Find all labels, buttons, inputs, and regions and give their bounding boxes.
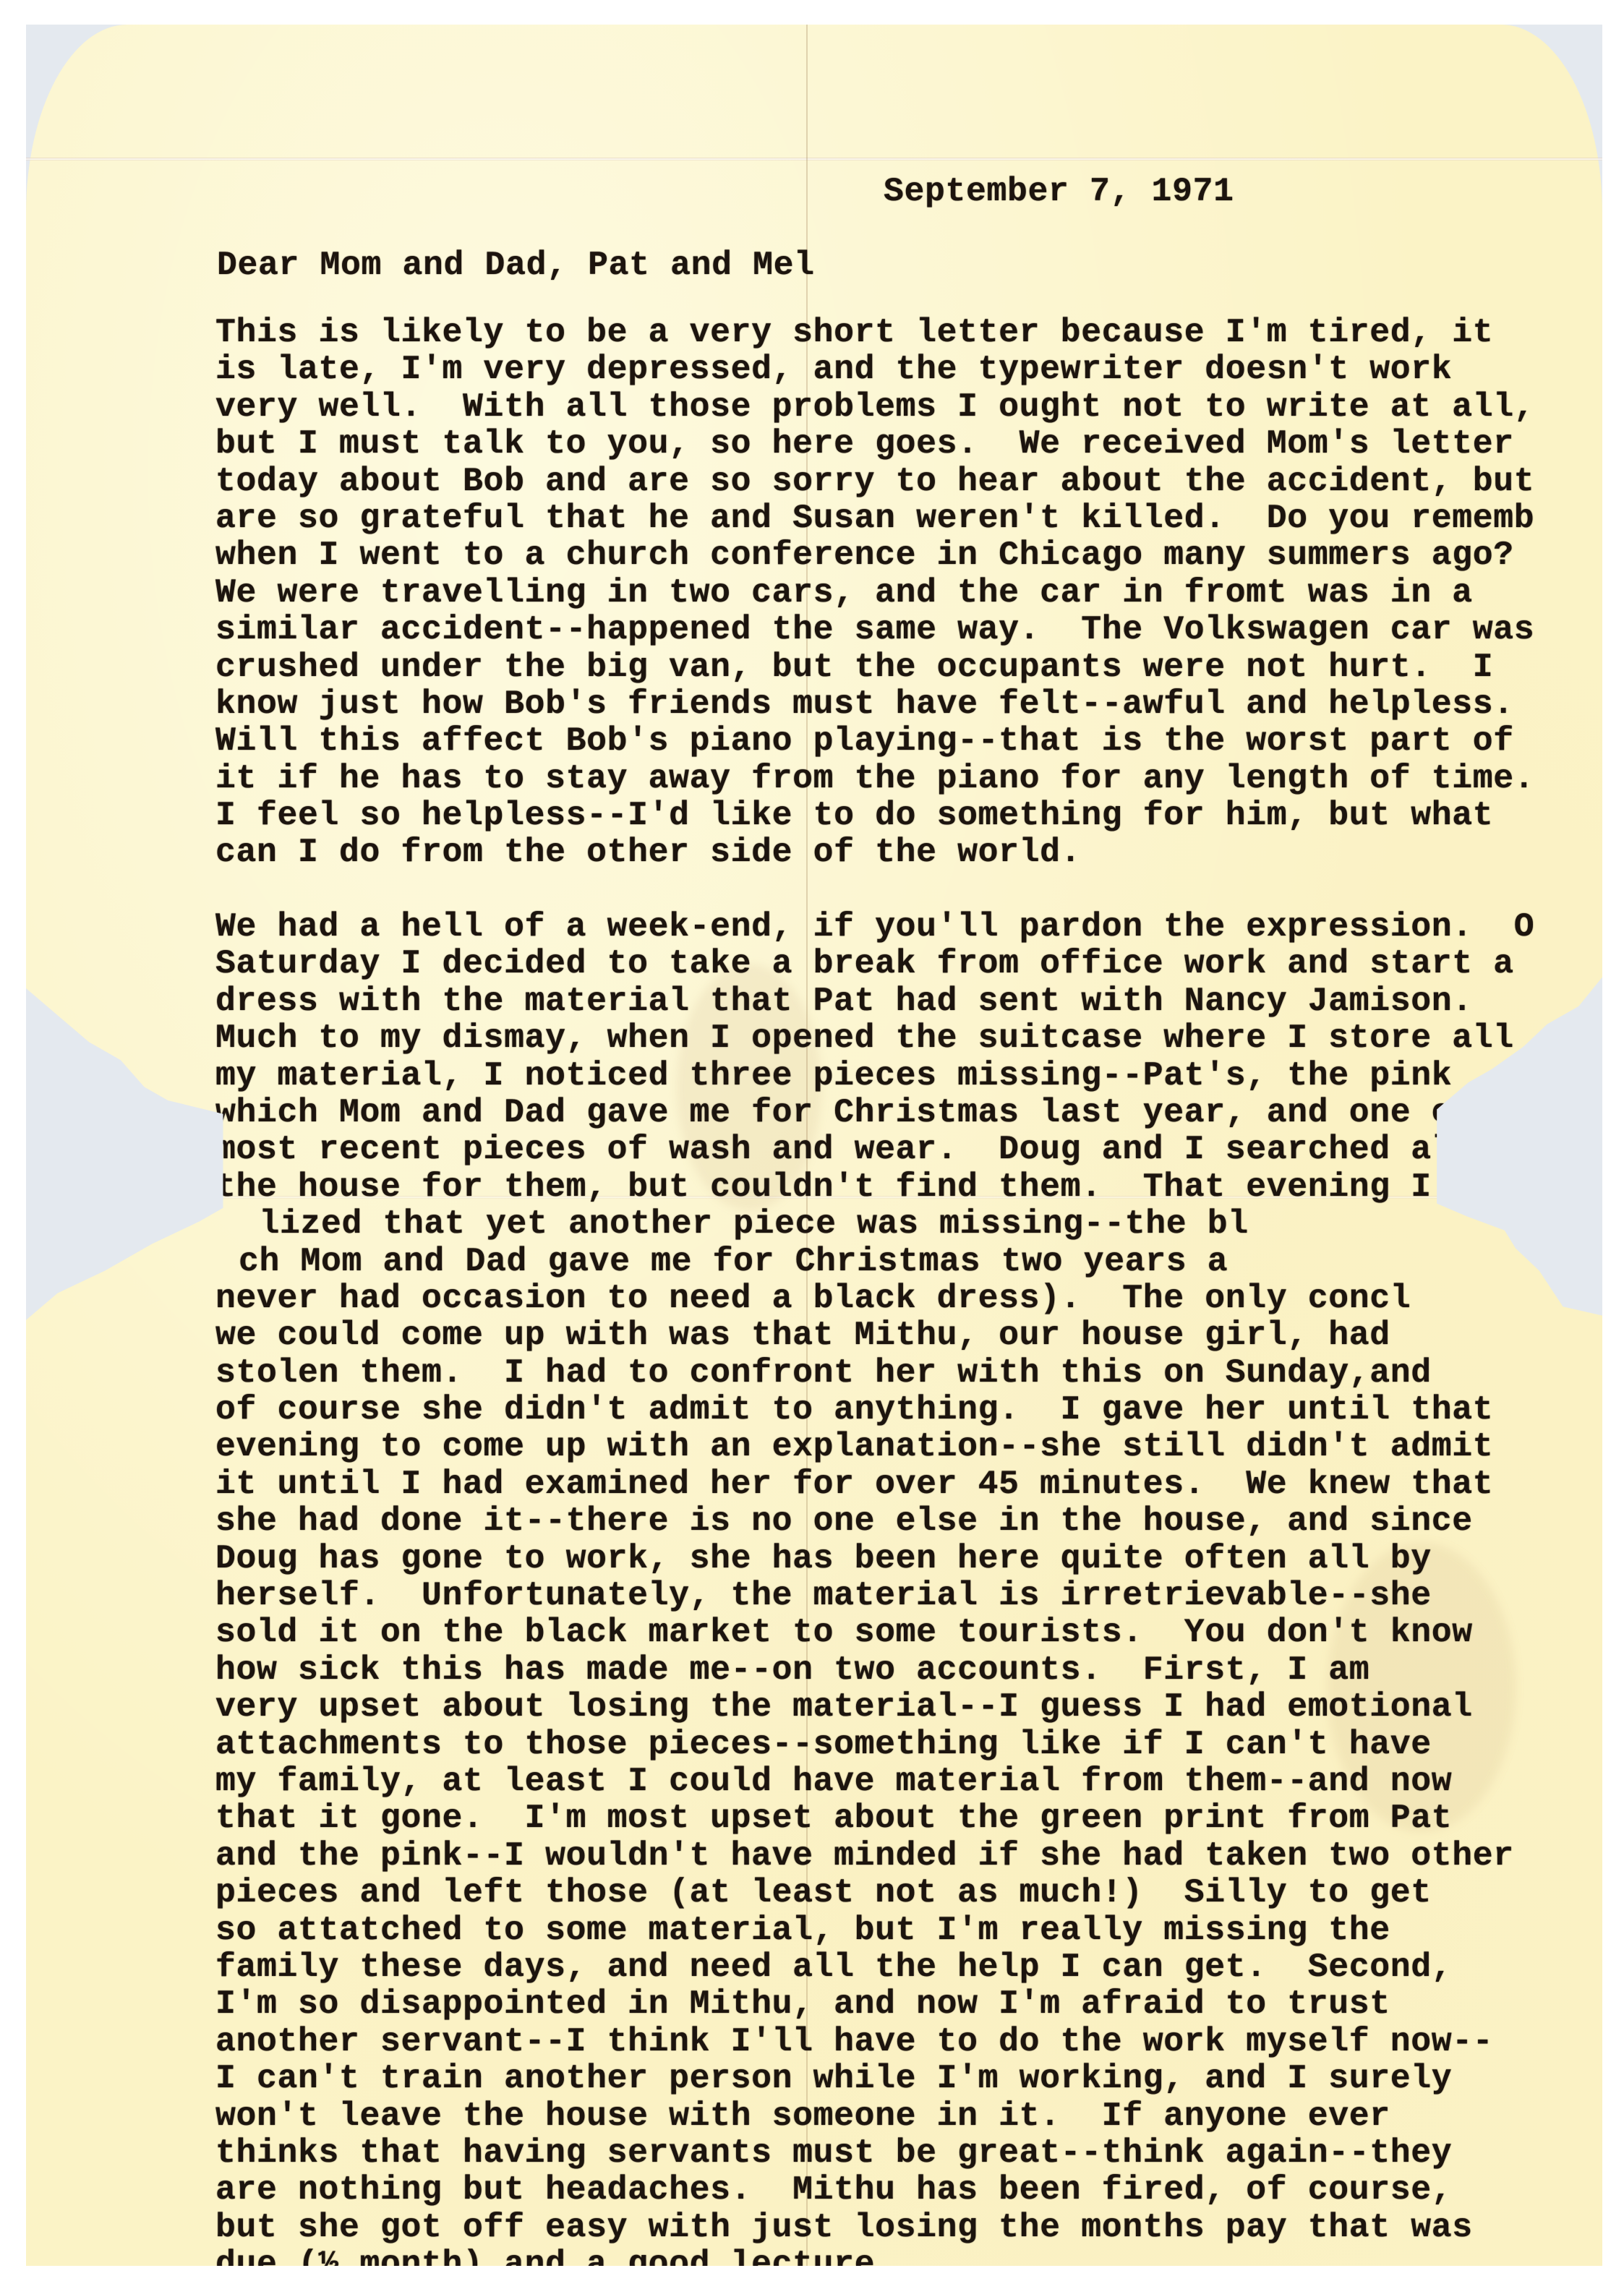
text-line: family these days, and need all the help… [215,1948,1534,1985]
text-line: is late, I'm very depressed, and the typ… [215,351,1534,388]
text-line: herself. Unfortunately, the material is … [215,1577,1534,1614]
text-line: sold it on the black market to some tour… [215,1614,1534,1651]
text-line: never had occasion to need a black dress… [215,1280,1534,1317]
text-line: due (½ month) and a good lecture. [215,2246,1534,2282]
text-line: my family, at least I could have materia… [215,1763,1534,1800]
text-line: crushed under the big van, but the occup… [215,649,1534,685]
text-line: lized that yet another piece was missing… [215,1205,1534,1242]
text-line: when I went to a church conference in Ch… [215,536,1534,573]
text-line: This is likely to be a very short letter… [215,314,1534,351]
text-line: We had a hell of a week-end, if you'll p… [215,908,1534,945]
text-line: attachments to those pieces--something l… [215,1726,1534,1763]
letter-page: September 7, 1971 Dear Mom and Dad, Pat … [26,25,1602,2266]
text-line: won't leave the house with someone in it… [215,2097,1534,2134]
text-line: she had done it--there is no one else in… [215,1502,1534,1539]
text-line: know just how Bob's friends must have fe… [215,685,1534,722]
text-line: but I must talk to you, so here goes. We… [215,425,1534,462]
text-line: I'm so disappointed in Mithu, and now I'… [215,1985,1534,2022]
text-line: my material, I noticed three pieces miss… [215,1057,1534,1094]
text-line: which Mom and Dad gave me for Christmas … [215,1094,1534,1131]
text-line: can I do from the other side of the worl… [215,834,1534,870]
text-line: I feel so helpless--I'd like to do somet… [215,797,1534,834]
text-line: very well. With all those problems I oug… [215,388,1534,425]
text-line: of course she didn't admit to anything. … [215,1391,1534,1428]
text-line: another servant--I think I'll have to do… [215,2023,1534,2060]
text-line: we could come up with was that Mithu, ou… [215,1317,1534,1353]
text-line: it if he has to stay away from the piano… [215,760,1534,797]
text-line: Will this affect Bob's piano playing--th… [215,722,1534,759]
text-line: are so grateful that he and Susan weren'… [215,500,1534,536]
letter-salutation: Dear Mom and Dad, Pat and Mel [217,246,815,284]
text-line: stolen them. I had to confront her with … [215,1354,1534,1391]
text-line: most recent pieces of wash and wear. Dou… [215,1131,1534,1168]
letter-date: September 7, 1971 [884,172,1234,210]
text-line: very upset about losing the material--I … [215,1688,1534,1725]
text-line: thinks that having servants must be grea… [215,2134,1534,2171]
text-line: are nothing but headaches. Mithu has bee… [215,2171,1534,2208]
text-line: ch Mom and Dad gave me for Christmas two… [215,1243,1534,1280]
text-line: the house for them, but couldn't find th… [215,1168,1534,1205]
text-line: We were travelling in two cars, and the … [215,574,1534,611]
paragraph-2: We had a hell of a week-end, if you'll p… [215,908,1534,2282]
text-line: pieces and left those (at least not as m… [215,1874,1534,1911]
text-line: and the pink--I wouldn't have minded if … [215,1837,1534,1874]
text-line: today about Bob and are so sorry to hear… [215,463,1534,500]
text-line: dress with the material that Pat had sen… [215,983,1534,1019]
text-line: that it gone. I'm most upset about the g… [215,1800,1534,1836]
text-line: evening to come up with an explanation--… [215,1428,1534,1465]
letter-body: September 7, 1971 Dear Mom and Dad, Pat … [26,25,1602,2266]
text-line: how sick this has made me--on two accoun… [215,1651,1534,1688]
text-line: Saturday I decided to take a break from … [215,945,1534,982]
text-line: it until I had examined her for over 45 … [215,1466,1534,1502]
text-line: I can't train another person while I'm w… [215,2060,1534,2097]
text-line: so attatched to some material, but I'm r… [215,1912,1534,1948]
text-line: similar accident--happened the same way.… [215,611,1534,648]
paragraph-1: This is likely to be a very short letter… [215,314,1534,871]
text-line: but she got off easy with just losing th… [215,2209,1534,2246]
text-line: Much to my dismay, when I opened the sui… [215,1019,1534,1056]
text-line: Doug has gone to work, she has been here… [215,1540,1534,1577]
